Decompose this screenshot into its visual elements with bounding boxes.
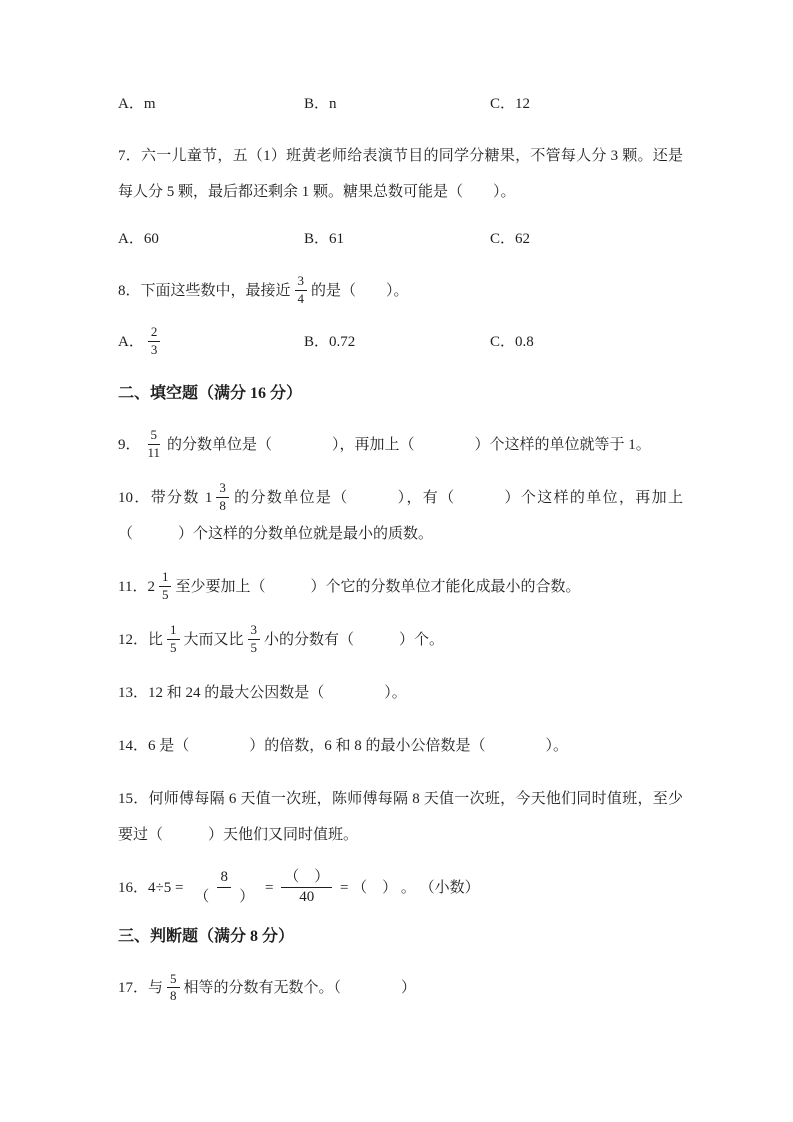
fraction-numerator: （ ）: [281, 869, 332, 888]
fraction: 34: [295, 274, 308, 307]
question-8-options-row: A．23 B．0.72 C．0.8: [118, 326, 683, 359]
question-7-options-row: A．60 B．61 C．62: [118, 227, 683, 251]
fraction: 8（ ）: [191, 869, 257, 907]
question-8-option-b: B．0.72: [304, 330, 490, 354]
fraction-numerator: 2: [148, 325, 161, 342]
worksheet-page: A．m B．n C．12 7．六一儿童节，五（1）班黄老师给表演节目的同学分糖果…: [0, 0, 793, 1122]
fraction-denominator: 5: [159, 587, 172, 603]
question-7-option-a: A．60: [118, 227, 304, 251]
fraction-denominator: 11: [145, 445, 164, 461]
fraction-denominator: 40: [296, 888, 317, 906]
fraction: 511: [145, 428, 164, 461]
fraction-numerator: 5: [167, 972, 180, 989]
fraction: 38: [216, 481, 229, 514]
question-17: 17．与58相等的分数有无数个。（ ）: [118, 970, 683, 1006]
question-8-option-c: C．0.8: [490, 330, 534, 354]
question-8-option-a: A．23: [118, 326, 304, 359]
question-9: 9．511的分数单位是（ ），再加上（ ）个这样的单位就等于 1。: [118, 427, 683, 463]
fraction: 15: [159, 570, 172, 603]
question-6-option-a: A．m: [118, 92, 304, 116]
question-6-option-b: B．n: [304, 92, 490, 116]
fraction-numerator: 3: [295, 274, 308, 291]
fraction-denominator: （ ）: [191, 888, 257, 906]
question-8: 8．下面这些数中，最接近34的是（ ）。: [118, 273, 683, 309]
fraction: （ ）40: [281, 869, 332, 907]
fraction: 15: [167, 623, 180, 656]
question-14: 14．6 是（ ）的倍数，6 和 8 的最小公倍数是（ ）。: [118, 728, 683, 764]
fraction: 35: [248, 623, 261, 656]
question-11: 11．215至少要加上（ ）个它的分数单位才能化成最小的合数。: [118, 569, 683, 605]
fraction-numerator: 1: [167, 623, 180, 640]
fraction-denominator: 3: [148, 342, 161, 358]
fraction-numerator: 8: [217, 869, 231, 888]
question-7-option-c: C．62: [490, 227, 530, 251]
fraction-numerator: 1: [159, 570, 172, 587]
fraction: 23: [148, 325, 161, 358]
fraction-denominator: 4: [295, 291, 308, 307]
fraction-numerator: 5: [148, 428, 161, 445]
fraction-denominator: 5: [167, 640, 180, 656]
fraction-numerator: 3: [216, 481, 229, 498]
question-16: 16．4÷5 = 8（ ） = （ ）40 = （ ） 。 （小数）: [118, 870, 683, 908]
fraction-denominator: 8: [167, 988, 180, 1004]
question-6-option-c: C．12: [490, 92, 530, 116]
fraction: 58: [167, 972, 180, 1005]
question-10: 10．带分数 138的分数单位是（ ），有（ ）个这样的单位，再加上（ ）个这样…: [118, 480, 683, 552]
section-2-fill-in-blanks-heading: 二、填空题（满分 16 分）: [118, 381, 683, 407]
section-3-true-false-heading: 三、判断题（满分 8 分）: [118, 924, 683, 950]
fraction-numerator: 3: [248, 623, 261, 640]
question-7: 7．六一儿童节，五（1）班黄老师给表演节目的同学分糖果，不管每人分 3 颗。还是…: [118, 138, 683, 210]
fraction-denominator: 5: [248, 640, 261, 656]
question-13: 13．12 和 24 的最大公因数是（ ）。: [118, 675, 683, 711]
question-7-option-b: B．61: [304, 227, 490, 251]
fraction-denominator: 8: [216, 498, 229, 514]
question-6-options-row: A．m B．n C．12: [118, 92, 683, 116]
question-15: 15．何师傅每隔 6 天值一次班，陈师傅每隔 8 天值一次班，今天他们同时值班，…: [118, 781, 683, 853]
question-12: 12．比15大而又比35小的分数有（ ）个。: [118, 622, 683, 658]
